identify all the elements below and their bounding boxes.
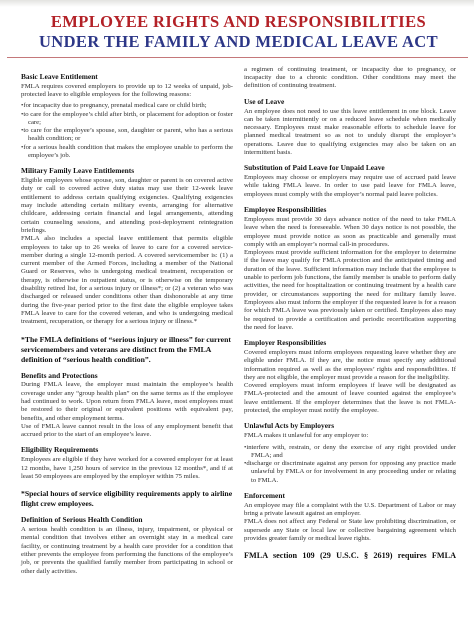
bullet-item: discharge or discriminate against any pe… <box>251 460 456 485</box>
section-heading: Definition of Serious Health Condition <box>21 516 233 525</box>
bullet-list: for incapacity due to pregnancy, prenata… <box>21 102 233 160</box>
bullet-item: to care for the employee’s spouse, son, … <box>28 127 233 144</box>
paragraph: An employee may file a complaint with th… <box>244 502 456 519</box>
bullet-item: for a serious health condition that make… <box>28 144 233 161</box>
paragraph: Covered employers must inform employees … <box>244 382 456 415</box>
section-heading: Employer Responsibilities <box>244 339 456 348</box>
bullet-list: interfere with, restrain, or deny the ex… <box>244 444 456 485</box>
left-column: Basic Leave EntitlementFMLA requires cov… <box>21 66 233 576</box>
paragraph: FMLA makes it unlawful for any employer … <box>244 432 456 440</box>
section-heading: Use of Leave <box>244 98 456 107</box>
paragraph: Eligible employees whose spouse, son, da… <box>21 177 233 235</box>
section-heading: Basic Leave Entitlement <box>21 73 233 82</box>
poster-title: EMPLOYEE RIGHTS AND RESPONSIBILITIES UND… <box>21 13 456 52</box>
section-heading: Employee Responsibilities <box>244 206 456 215</box>
bullet-item: for incapacity due to pregnancy, prenata… <box>28 102 233 110</box>
statute-footer-line: FMLA section 109 (29 U.S.C. § 2619) requ… <box>244 551 456 561</box>
section-heading: Eligibility Requirements <box>21 446 233 455</box>
section-heading: Substitution of Paid Leave for Unpaid Le… <box>244 164 456 173</box>
bullet-item: to care for the employee’s child after b… <box>28 111 233 128</box>
paragraph: a regimen of continuing treatment, or in… <box>244 66 456 91</box>
paragraph: Employees must provide sufficient inform… <box>244 249 456 332</box>
two-column-body: Basic Leave EntitlementFMLA requires cov… <box>21 66 456 576</box>
paragraph: Use of FMLA leave cannot result in the l… <box>21 423 233 440</box>
fmla-poster-page: EMPLOYEE RIGHTS AND RESPONSIBILITIES UND… <box>0 0 474 576</box>
section-heading: Military Family Leave Entitlements <box>21 167 233 176</box>
poster-title-line1: EMPLOYEE RIGHTS AND RESPONSIBILITIES <box>21 13 456 32</box>
bullet-item: interfere with, restrain, or deny the ex… <box>251 444 456 461</box>
paragraph: FMLA also includes a special leave entit… <box>21 235 233 326</box>
paragraph: FMLA requires covered employers to provi… <box>21 83 233 100</box>
paragraph: Employees must provide 30 days advance n… <box>244 216 456 249</box>
paragraph: FMLA does not affect any Federal or Stat… <box>244 518 456 543</box>
poster-title-line2: UNDER THE FAMILY AND MEDICAL LEAVE ACT <box>21 32 456 52</box>
section-heading: Unlawful Acts by Employers <box>244 422 456 431</box>
paragraph: During FMLA leave, the employer must mai… <box>21 381 233 422</box>
title-divider-rule <box>7 57 468 58</box>
paragraph: Employees may choose or employers may re… <box>244 174 456 199</box>
section-heading: Benefits and Protections <box>21 372 233 381</box>
paragraph: Employees are eligible if they have work… <box>21 456 233 481</box>
right-column: a regimen of continuing treatment, or in… <box>244 66 456 576</box>
section-heading: Enforcement <box>244 492 456 501</box>
paragraph: An employee does not need to use this le… <box>244 108 456 158</box>
paragraph: A serious health condition is an illness… <box>21 526 233 576</box>
paragraph: Covered employers must inform employees … <box>244 349 456 382</box>
bold-note: *Special hours of service eligibility re… <box>21 489 233 509</box>
bold-note: *The FMLA definitions of “serious injury… <box>21 335 233 365</box>
